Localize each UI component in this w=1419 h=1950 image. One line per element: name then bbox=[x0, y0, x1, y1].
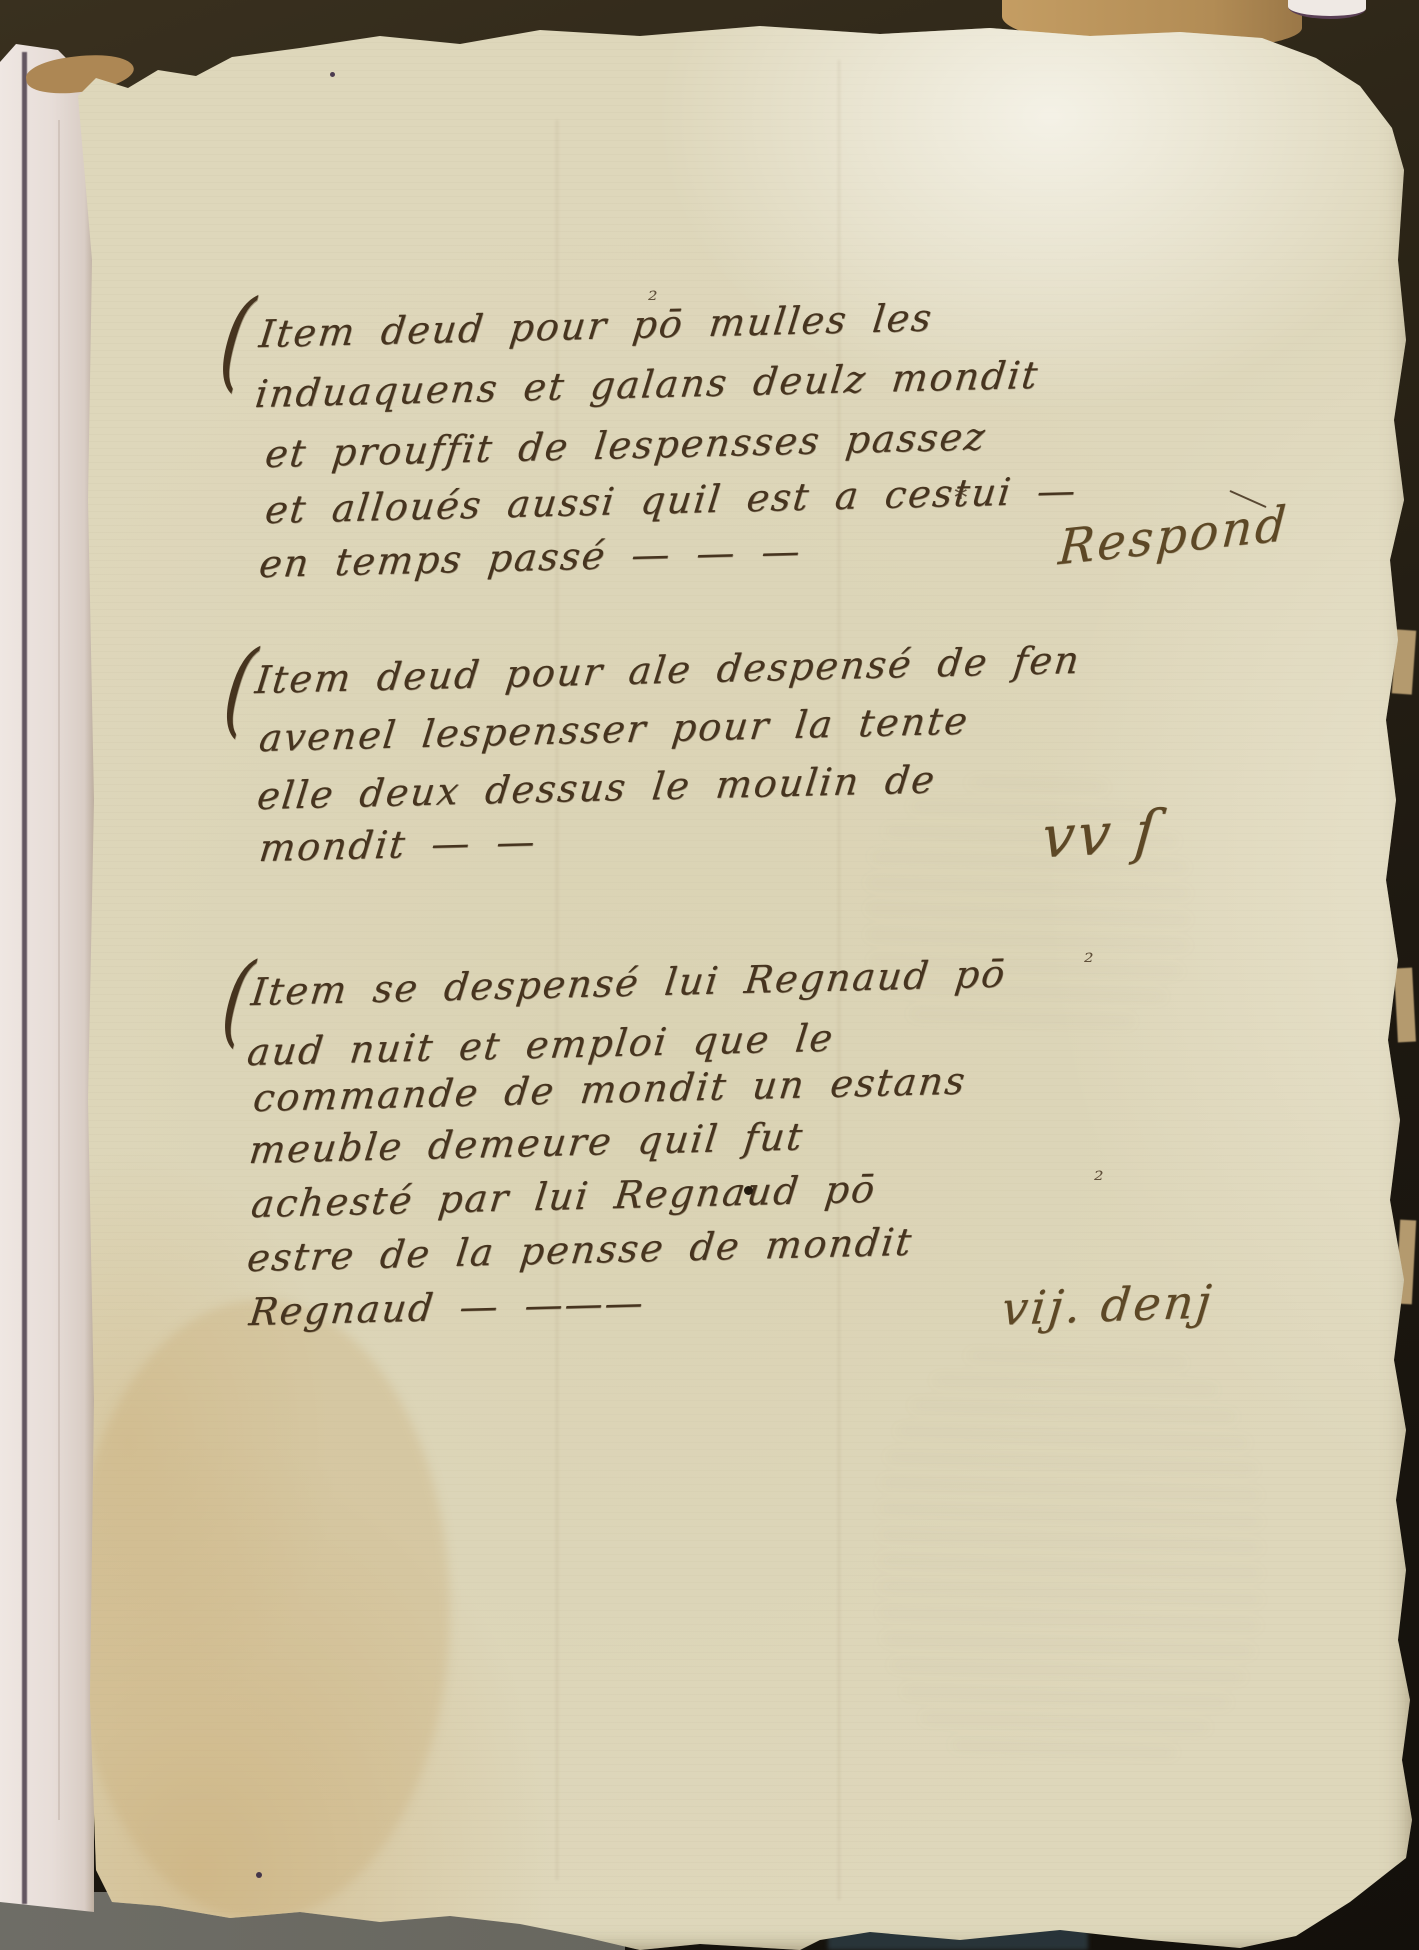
paragraph-mark: ( bbox=[213, 273, 260, 405]
paper-speck bbox=[330, 72, 335, 77]
entry1-line3: et prouffit de lespensses passez bbox=[263, 414, 989, 476]
water-stain bbox=[70, 1300, 450, 1920]
ink-blot bbox=[744, 1186, 753, 1195]
entry3-margin-note: vij. denj bbox=[999, 1274, 1216, 1336]
paper-speck bbox=[256, 1872, 262, 1878]
abbreviation-flourish: ² bbox=[648, 286, 658, 314]
entry2-line3: elle deux dessus le moulin de bbox=[255, 757, 939, 818]
entry3-line4: meuble demeure quil fut bbox=[247, 1114, 807, 1172]
manuscript-page: ( Item deud pour pō mulles les ² induaqu… bbox=[0, 0, 1419, 1950]
entry3-line1: Item se despensé lui Regnaud pō bbox=[249, 952, 1009, 1015]
entry2-line4: mondit — — bbox=[257, 819, 539, 870]
spine-fold-line bbox=[22, 52, 27, 1904]
entry1-line2: induaquens et galans deulz mondit bbox=[253, 353, 1042, 416]
abbreviation-flourish: ² bbox=[1084, 948, 1094, 976]
show-through-smudge bbox=[880, 1340, 1260, 1770]
entry1-line5: en temps passé — — — bbox=[257, 529, 804, 586]
abbreviation-flourish: ² bbox=[1094, 1166, 1104, 1194]
entry2-margin-note: vv ſ bbox=[1039, 797, 1162, 872]
entry1-margin-note: Respond bbox=[1057, 496, 1291, 577]
entry2-line2: avenel lespensser pour la tente bbox=[257, 699, 972, 760]
entry2-line1: Item deud pour ale despensé de fen bbox=[253, 638, 1083, 702]
spine-fold-line-faint bbox=[58, 120, 60, 1820]
deckle-edge-chip bbox=[1394, 968, 1416, 1043]
book-spine-page-stack bbox=[0, 0, 94, 1912]
entry3-line5: achesté par lui Regnaud pō bbox=[249, 1167, 879, 1226]
entry3-line6: estre de la pensse de mondit bbox=[245, 1220, 916, 1280]
entry1-line1: Item deud pour pō mulles les bbox=[257, 296, 936, 357]
manuscript-photo: ( Item deud pour pō mulles les ² induaqu… bbox=[0, 0, 1419, 1950]
entry3-line7: Regnaud — ——— bbox=[247, 1280, 648, 1334]
asterisk-mark: ∗ bbox=[952, 478, 970, 508]
